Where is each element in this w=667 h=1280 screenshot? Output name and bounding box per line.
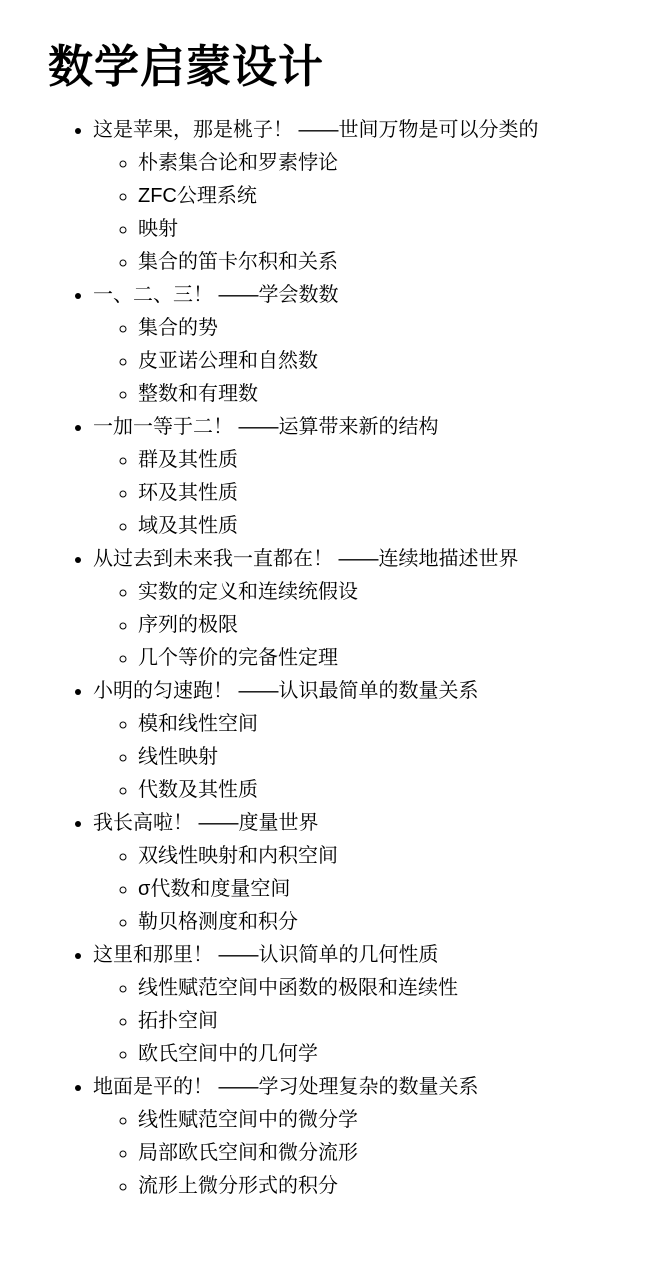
outline-item-label: σ代数和度量空间: [138, 878, 290, 900]
outline-item: 群及其性质: [138, 444, 639, 477]
section-sublist: 朴素集合论和罗素悖论 ZFC公理系统 映射 集合的笛卡尔积和关系: [93, 147, 639, 279]
outline-item-label: ZFC公理系统: [138, 185, 257, 207]
section-sublist: 双线性映射和内积空间 σ代数和度量空间 勒贝格测度和积分: [93, 840, 639, 939]
section-heading: 地面是平的！ ——学习处理复杂的数量关系: [93, 1076, 479, 1098]
outline-item-label: 线性赋范空间中函数的极限和连续性: [138, 977, 458, 999]
outline-item-label: 拓扑空间: [138, 1010, 218, 1032]
outline-item: 勒贝格测度和积分: [138, 906, 639, 939]
outline-item-label: 双线性映射和内积空间: [138, 845, 338, 867]
outline-item: 线性赋范空间中函数的极限和连续性: [138, 972, 639, 1005]
outline-item: 局部欧氏空间和微分流形: [138, 1137, 639, 1170]
section-sublist: 模和线性空间 线性映射 代数及其性质: [93, 708, 639, 807]
outline-item-label: 模和线性空间: [138, 713, 258, 735]
outline-item: 欧氏空间中的几何学: [138, 1038, 639, 1071]
outline-item-label: 代数及其性质: [138, 779, 258, 801]
outline-item-label: 局部欧氏空间和微分流形: [138, 1142, 358, 1164]
outline-item: 整数和有理数: [138, 378, 639, 411]
outline-item-label: 群及其性质: [138, 449, 238, 471]
section-heading: 一加一等于二！ ——运算带来新的结构: [93, 416, 439, 438]
outline-item: 映射: [138, 213, 639, 246]
outline-item: 序列的极限: [138, 609, 639, 642]
outline-item-label: 勒贝格测度和积分: [138, 911, 298, 933]
outline-item: 实数的定义和连续统假设: [138, 576, 639, 609]
outline-item-label: 实数的定义和连续统假设: [138, 581, 358, 603]
outline-item: 集合的势: [138, 312, 639, 345]
section-heading: 我长高啦！ ——度量世界: [93, 812, 319, 834]
section-heading: 小明的匀速跑！ ——认识最简单的数量关系: [93, 680, 479, 702]
outline-section: 从过去到未来我一直都在！ ——连续地描述世界 实数的定义和连续统假设 序列的极限…: [93, 543, 639, 675]
outline-section: 我长高啦！ ——度量世界 双线性映射和内积空间 σ代数和度量空间 勒贝格测度和积…: [93, 807, 639, 939]
outline-item: 拓扑空间: [138, 1005, 639, 1038]
section-sublist: 线性赋范空间中函数的极限和连续性 拓扑空间 欧氏空间中的几何学: [93, 972, 639, 1071]
outline-item: 线性赋范空间中的微分学: [138, 1104, 639, 1137]
outline-item-label: 集合的笛卡尔积和关系: [138, 251, 338, 273]
outline-item: 域及其性质: [138, 510, 639, 543]
document-page: 数学启蒙设计 这是苹果，那是桃子！ ——世间万物是可以分类的 朴素集合论和罗素悖…: [0, 0, 667, 1280]
outline-item-label: 几个等价的完备性定理: [138, 647, 338, 669]
outline-item: ZFC公理系统: [138, 180, 639, 213]
outline-item-label: 朴素集合论和罗素悖论: [138, 152, 338, 174]
section-heading: 一、二、三！ ——学会数数: [93, 284, 339, 306]
outline-section: 一、二、三！ ——学会数数 集合的势 皮亚诺公理和自然数 整数和有理数: [93, 279, 639, 411]
outline-item: 皮亚诺公理和自然数: [138, 345, 639, 378]
outline-item: 双线性映射和内积空间: [138, 840, 639, 873]
section-heading: 从过去到未来我一直都在！ ——连续地描述世界: [93, 548, 519, 570]
outline-item: 环及其性质: [138, 477, 639, 510]
section-sublist: 集合的势 皮亚诺公理和自然数 整数和有理数: [93, 312, 639, 411]
outline-item: 线性映射: [138, 741, 639, 774]
outline-item-label: 线性赋范空间中的微分学: [138, 1109, 358, 1131]
outline-item-label: 皮亚诺公理和自然数: [138, 350, 318, 372]
section-sublist: 群及其性质 环及其性质 域及其性质: [93, 444, 639, 543]
outline-item-label: 集合的势: [138, 317, 218, 339]
outline-section: 小明的匀速跑！ ——认识最简单的数量关系 模和线性空间 线性映射 代数及其性质: [93, 675, 639, 807]
outline-item-label: 流形上微分形式的积分: [138, 1175, 338, 1197]
section-sublist: 线性赋范空间中的微分学 局部欧氏空间和微分流形 流形上微分形式的积分: [93, 1104, 639, 1203]
outline-item: 朴素集合论和罗素悖论: [138, 147, 639, 180]
outline-item: σ代数和度量空间: [138, 873, 639, 906]
section-heading: 这里和那里！ ——认识简单的几何性质: [93, 944, 439, 966]
page-title: 数学启蒙设计: [48, 42, 639, 92]
outline-item-label: 域及其性质: [138, 515, 238, 537]
outline-item: 几个等价的完备性定理: [138, 642, 639, 675]
outline-list: 这是苹果，那是桃子！ ——世间万物是可以分类的 朴素集合论和罗素悖论 ZFC公理…: [48, 114, 639, 1203]
outline-item-label: 整数和有理数: [138, 383, 258, 405]
outline-item-label: 映射: [138, 218, 178, 240]
outline-item: 集合的笛卡尔积和关系: [138, 246, 639, 279]
outline-item-label: 环及其性质: [138, 482, 238, 504]
outline-item: 模和线性空间: [138, 708, 639, 741]
outline-item: 代数及其性质: [138, 774, 639, 807]
section-sublist: 实数的定义和连续统假设 序列的极限 几个等价的完备性定理: [93, 576, 639, 675]
outline-section: 一加一等于二！ ——运算带来新的结构 群及其性质 环及其性质 域及其性质: [93, 411, 639, 543]
outline-item-label: 线性映射: [138, 746, 218, 768]
outline-item-label: 欧氏空间中的几何学: [138, 1043, 318, 1065]
outline-section: 地面是平的！ ——学习处理复杂的数量关系 线性赋范空间中的微分学 局部欧氏空间和…: [93, 1071, 639, 1203]
outline-item-label: 序列的极限: [138, 614, 238, 636]
outline-item: 流形上微分形式的积分: [138, 1170, 639, 1203]
section-heading: 这是苹果，那是桃子！ ——世间万物是可以分类的: [93, 119, 539, 141]
outline-section: 这里和那里！ ——认识简单的几何性质 线性赋范空间中函数的极限和连续性 拓扑空间…: [93, 939, 639, 1071]
outline-section: 这是苹果，那是桃子！ ——世间万物是可以分类的 朴素集合论和罗素悖论 ZFC公理…: [93, 114, 639, 279]
